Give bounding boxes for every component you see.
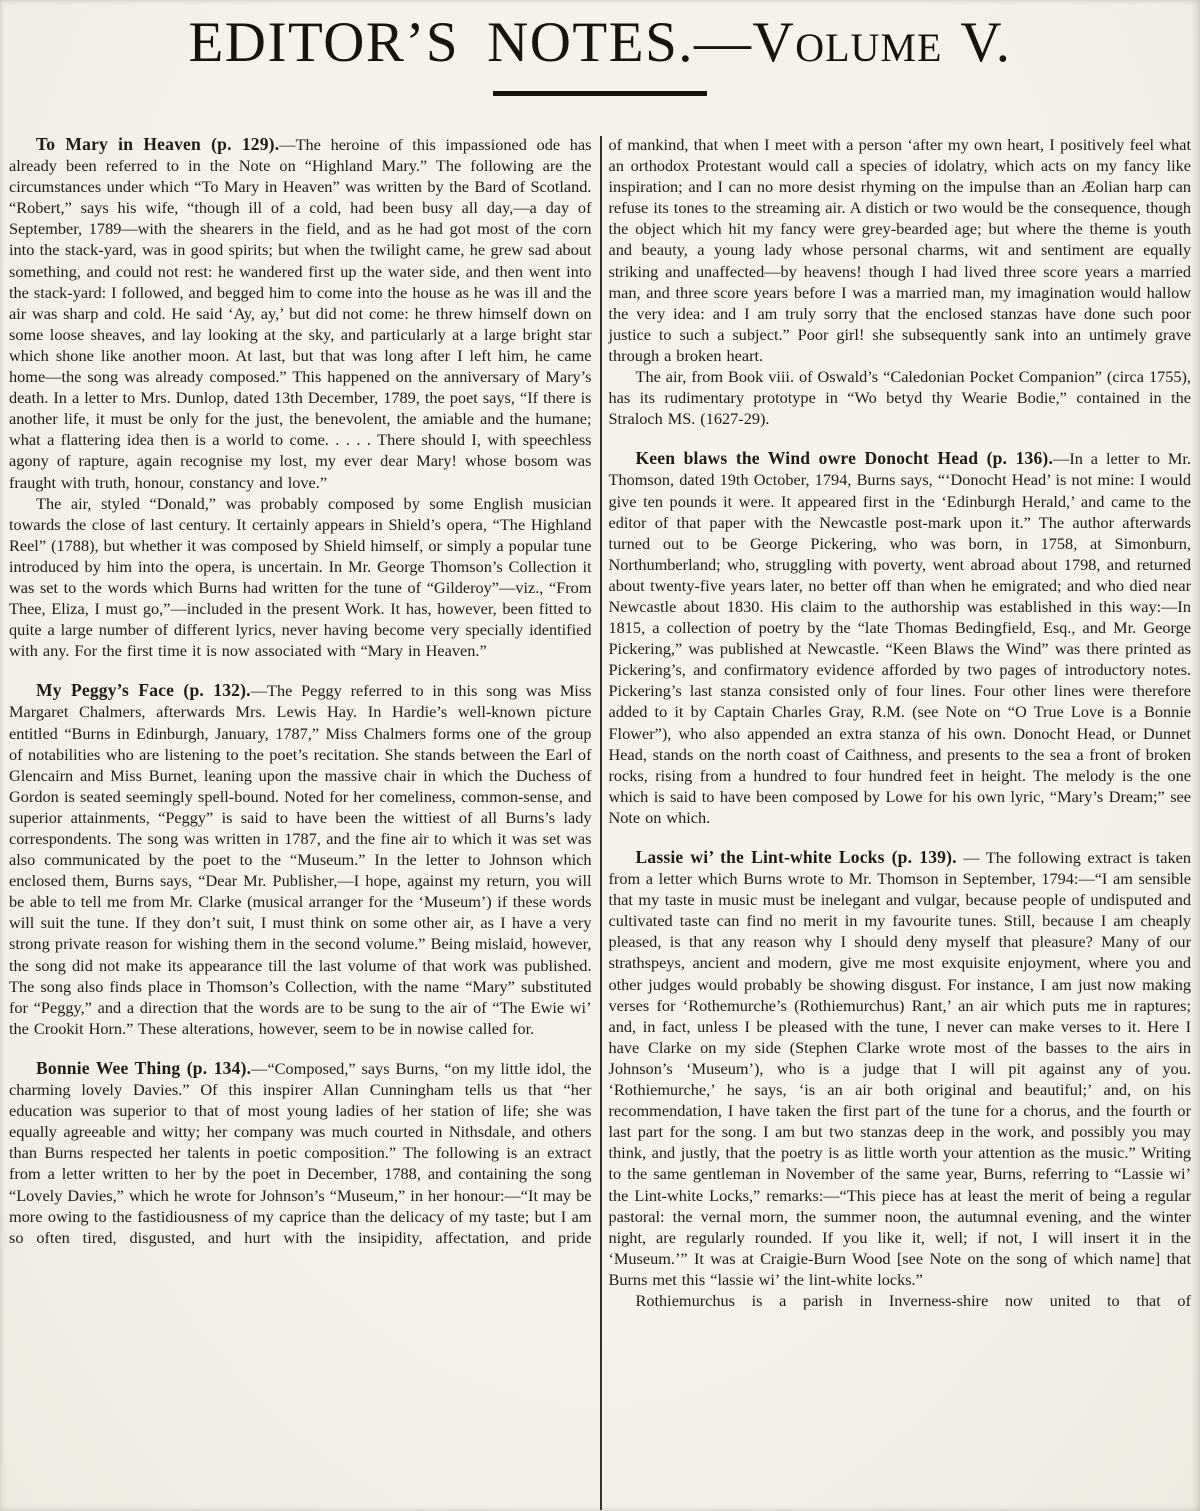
note-heading: My Peggy’s Face (p. 132).: [36, 680, 251, 700]
note-section-to-mary-in-heaven: To Mary in Heaven (p. 129).—The heroine …: [9, 134, 592, 661]
page-title: EDITOR’SNOTES.—VOLUMEV.: [0, 14, 1200, 71]
two-column-text: To Mary in Heaven (p. 129).—The heroine …: [0, 134, 1200, 1510]
note-heading: Bonnie Wee Thing (p. 134).: [36, 1058, 251, 1078]
note-text: —The heroine of this impassioned ode has…: [9, 135, 592, 492]
note-paragraph: Keen blaws the Wind owre Donocht Head (p…: [609, 448, 1192, 828]
note-paragraph: To Mary in Heaven (p. 129).—The heroine …: [9, 134, 592, 493]
note-section-bonnie-wee-thing: Bonnie Wee Thing (p. 134).—“Composed,” s…: [9, 1058, 592, 1248]
title-editors: EDITOR’S: [188, 11, 459, 74]
title-notes: NOTES.: [487, 11, 694, 74]
page-header: EDITOR’SNOTES.—VOLUMEV.: [0, 0, 1200, 96]
note-paragraph: of mankind, that when I meet with a pers…: [609, 134, 1192, 366]
note-paragraph: Rothiemurchus is a parish in Inverness-s…: [609, 1290, 1192, 1311]
right-column: of mankind, that when I meet with a pers…: [609, 134, 1192, 1510]
note-heading: Keen blaws the Wind owre Donocht Head (p…: [636, 448, 1054, 468]
note-section-lassie-wi-the-lint-white-locks: Lassie wi’ the Lint-white Locks (p. 139)…: [609, 847, 1192, 1311]
left-column: To Mary in Heaven (p. 129).—The heroine …: [9, 134, 592, 1510]
note-text: —The Peggy referred to in this song was …: [9, 681, 592, 1038]
note-section-bonnie-wee-thing-continued: of mankind, that when I meet with a pers…: [609, 134, 1192, 429]
note-section-keen-blaws-the-wind: Keen blaws the Wind owre Donocht Head (p…: [609, 448, 1192, 828]
note-heading: Lassie wi’ the Lint-white Locks (p. 139)…: [636, 847, 957, 867]
title-volume-number: V.: [960, 11, 1011, 74]
title-rule: [493, 91, 707, 96]
note-paragraph: The air, from Book viii. of Oswald’s “Ca…: [609, 366, 1192, 429]
title-dash: —: [694, 11, 753, 74]
title-volume-rest: OLUME: [795, 25, 942, 70]
note-text: — The following extract is taken from a …: [609, 848, 1192, 1289]
column-divider: [600, 136, 602, 1510]
note-paragraph: Bonnie Wee Thing (p. 134).—“Composed,” s…: [9, 1058, 592, 1248]
note-paragraph: My Peggy’s Face (p. 132).—The Peggy refe…: [9, 680, 592, 1039]
note-section-my-peggys-face: My Peggy’s Face (p. 132).—The Peggy refe…: [9, 680, 592, 1039]
note-heading: To Mary in Heaven (p. 129).: [36, 134, 279, 154]
title-volume-initial: V: [753, 11, 796, 74]
note-text: —“Composed,” says Burns, “on my little i…: [9, 1059, 592, 1247]
note-paragraph: Lassie wi’ the Lint-white Locks (p. 139)…: [609, 847, 1192, 1290]
note-text: —In a letter to Mr. Thomson, dated 19th …: [609, 449, 1192, 827]
note-paragraph: The air, styled “Donald,” was probably c…: [9, 493, 592, 662]
book-page: EDITOR’SNOTES.—VOLUMEV. To Mary in Heave…: [0, 0, 1200, 1511]
